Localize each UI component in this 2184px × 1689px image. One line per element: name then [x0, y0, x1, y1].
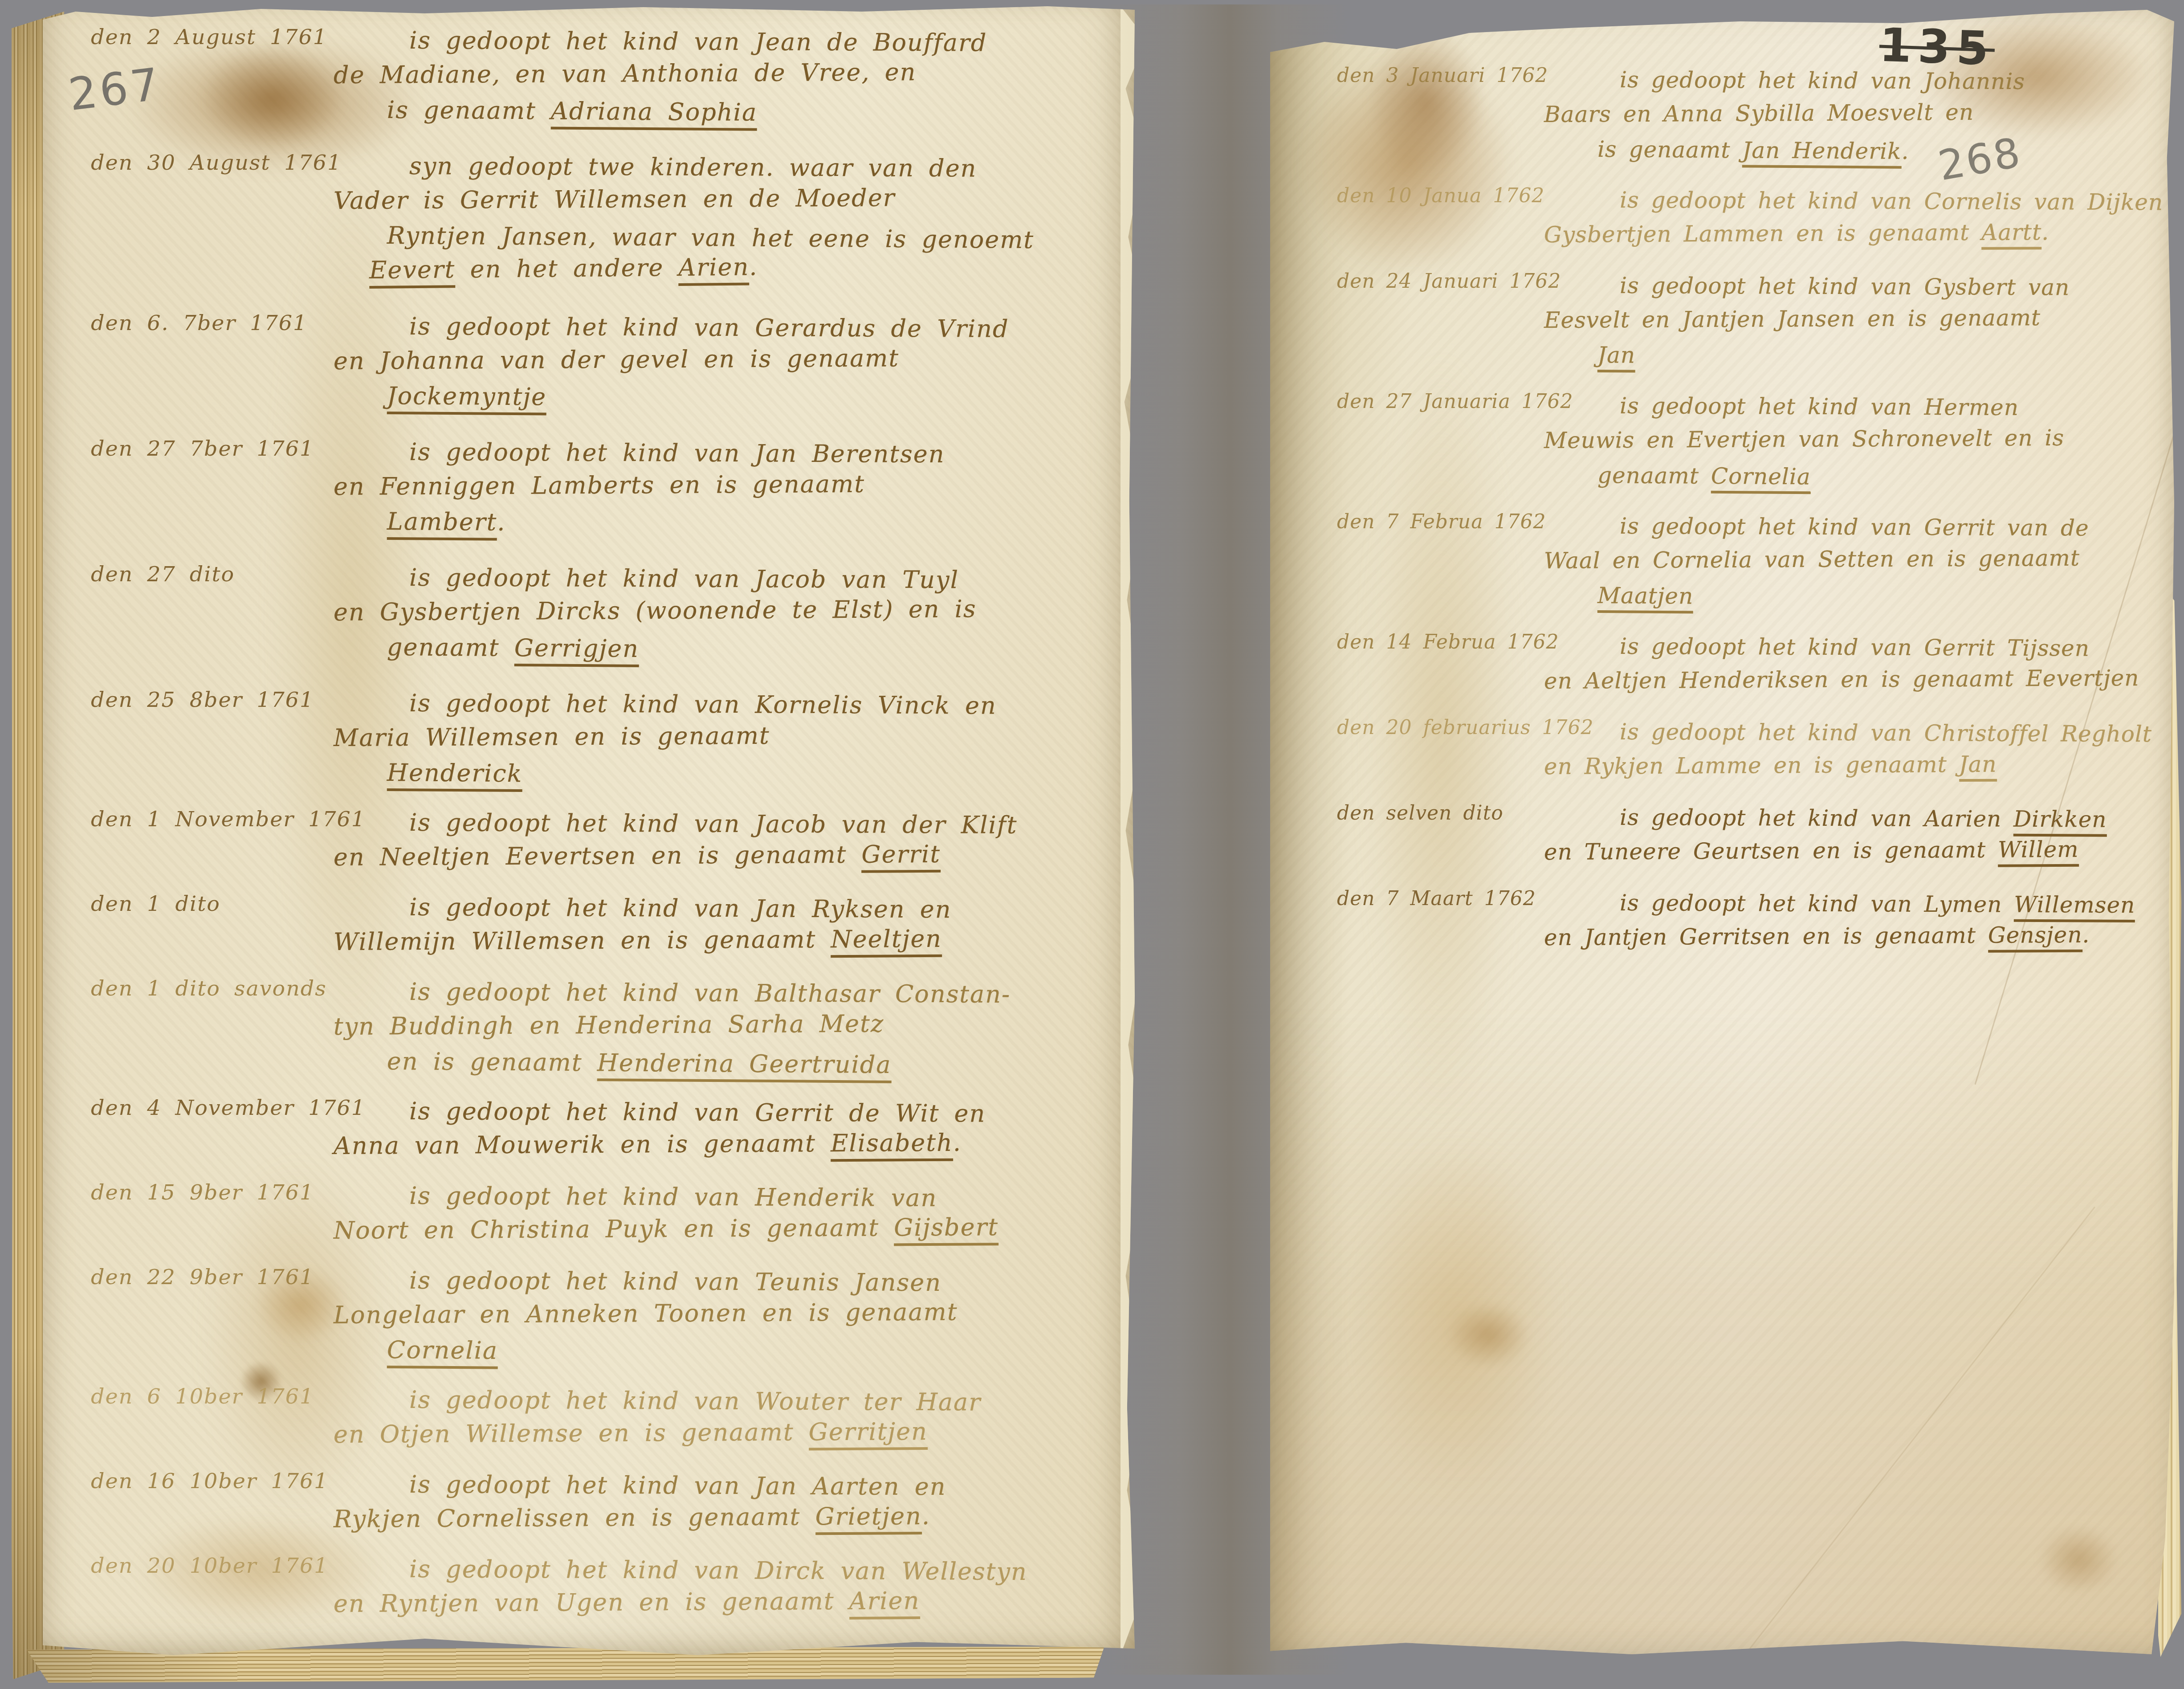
entry-line: Henderick — [387, 755, 1084, 795]
right-page: 135 268 den 3 Januari 1762 is gedoopt he… — [1270, 10, 2174, 1654]
baptism-entry: den 7 Maart 1762 is gedoopt het kind van… — [1337, 885, 2170, 955]
baptism-entry: den 6 10ber 1761 is gedoopt het kind van… — [91, 1383, 1084, 1452]
entry-date: den 27 dito — [91, 562, 367, 587]
entry-line: en Neeltjen Eevertsen en is genaamt Gerr… — [334, 836, 1084, 875]
entry-line: Jockemyntje — [387, 379, 1084, 418]
baptism-entry: den 25 8ber 1761 is gedoopt het kind van… — [91, 686, 1084, 790]
entry-lines: is gedoopt het kind van Gerrit de Wit en… — [369, 1094, 1084, 1163]
baptism-entry: den 22 9ber 1761 is gedoopt het kind van… — [91, 1263, 1084, 1367]
baptism-entry: den selven dito is gedoopt het kind van … — [1337, 800, 2170, 869]
entry-line: de Madiane, en van Anthonia de Vree, en — [334, 54, 1084, 93]
entry-lines: is gedoopt het kind van Jan Ryksen enWil… — [369, 890, 1084, 959]
entry-line: Noort en Christina Puyk en is genaamt Gi… — [334, 1209, 1084, 1248]
entry-date: den 16 10ber 1761 — [91, 1469, 367, 1493]
baptism-entry: den 27 Januaria 1762 is gedoopt het kind… — [1337, 388, 2170, 493]
entry-date: den 4 November 1761 — [91, 1096, 367, 1120]
entry-lines: is gedoopt het kind van Kornelis Vinck e… — [369, 686, 1084, 790]
entry-line: is genaamt Adriana Sophia — [387, 93, 1084, 132]
entry-date: den 1 dito savonds — [91, 976, 367, 1001]
entry-line: Lambert. — [387, 504, 1084, 544]
left-page-entries: den 2 August 1761 is gedoopt het kind va… — [91, 23, 1084, 1636]
entry-line: Maria Willemsen en is genaamt — [334, 717, 1084, 755]
entry-line: en Tuneere Geurtsen en is genaamt Willem — [1544, 832, 2170, 869]
entry-line: genaamt Gerrigjen — [387, 630, 1084, 669]
entry-line: en Johanna van der gevel en is genaamt — [334, 340, 1084, 379]
entry-date: den 10 Janua 1762 — [1337, 184, 1613, 207]
entry-date: den 7 Maart 1762 — [1337, 887, 1613, 910]
entry-date: den 20 10ber 1761 — [91, 1554, 367, 1578]
baptism-entry: den 1 dito is gedoopt het kind van Jan R… — [91, 890, 1084, 959]
entry-line: genaamt Cornelia — [1597, 458, 2170, 497]
baptism-entry: den 7 Februa 1762 is gedoopt het kind va… — [1337, 509, 2170, 613]
torn-gutter-edge — [1121, 6, 1146, 1655]
entry-line: Rykjen Cornelissen en is genaamt Grietje… — [334, 1498, 1084, 1537]
baptism-entry: den 16 10ber 1761 is gedoopt het kind va… — [91, 1467, 1084, 1537]
entry-line: Longelaar en Anneken Toonen en is genaam… — [334, 1294, 1084, 1333]
entry-date: den selven dito — [1337, 802, 1613, 824]
entry-date: den 2 August 1761 — [91, 25, 367, 49]
entry-lines: is gedoopt het kind van Christoffel Regh… — [1580, 714, 2170, 784]
entry-line: Maatjen — [1597, 578, 2170, 617]
entry-lines: is gedoopt het kind van Balthasar Consta… — [369, 975, 1084, 1079]
baptism-entry: den 3 Januari 1762 is gedoopt het kind v… — [1337, 62, 2170, 167]
baptism-entry: den 2 August 1761 is gedoopt het kind va… — [91, 23, 1084, 127]
entry-date: den 6. 7ber 1761 — [91, 311, 367, 335]
entry-lines: is gedoopt het kind van Jan Berentsenen … — [369, 435, 1084, 539]
entry-date: den 15 9ber 1761 — [91, 1180, 367, 1205]
entry-line: tyn Buddingh en Henderina Sarha Metz — [334, 1005, 1084, 1044]
entry-lines: is gedoopt het kind van Cornelis van Dij… — [1580, 183, 2170, 252]
entry-lines: is gedoopt het kind van Jacob van der Kl… — [369, 805, 1084, 875]
entry-date: den 27 7ber 1761 — [91, 437, 367, 461]
scanned-register-spread: 267 den 2 August 1761 is gedoopt het kin… — [0, 0, 2184, 1689]
entry-date: den 14 Februa 1762 — [1337, 631, 1613, 653]
baptism-entry: den 30 August 1761 syn gedoopt twe kinde… — [91, 149, 1084, 288]
entry-line: en Aeltjen Henderiksen en is genaamt Eev… — [1544, 661, 2170, 698]
entry-lines: is gedoopt het kind van Wouter ter Haare… — [369, 1383, 1084, 1452]
entry-line: Eevert en het andere Arien. — [369, 247, 1084, 288]
stain — [1270, 1012, 2174, 1653]
baptism-entry: den 10 Janua 1762 is gedoopt het kind va… — [1337, 183, 2170, 252]
entry-date: den 30 August 1761 — [91, 151, 367, 175]
entry-lines: is gedoopt het kind van Henderik vanNoor… — [369, 1179, 1084, 1248]
baptism-entry: den 4 November 1761 is gedoopt het kind … — [91, 1094, 1084, 1163]
entry-lines: is gedoopt het kind van Lymen Willemsene… — [1580, 885, 2170, 955]
entry-line: en Gysbertjen Dircks (woonende te Elst) … — [334, 591, 1084, 630]
baptism-entry: den 27 dito is gedoopt het kind van Jaco… — [91, 560, 1084, 665]
entry-line: Vader is Gerrit Willemsen en de Moeder — [334, 180, 1084, 218]
entry-date: den 27 Januaria 1762 — [1337, 390, 1613, 413]
entry-line: en Ryntjen van Ugen en is genaamt Arien — [334, 1583, 1084, 1621]
entry-lines: is gedoopt het kind van Aarien Dirkkenen… — [1580, 800, 2170, 869]
entry-lines: is gedoopt het kind van Jan Aarten enRyk… — [369, 1467, 1084, 1537]
entry-date: den 22 9ber 1761 — [91, 1265, 367, 1289]
entry-date: den 7 Februa 1762 — [1337, 510, 1613, 533]
entry-date: den 25 8ber 1761 — [91, 688, 367, 712]
entry-line: en Otjen Willemse en is genaamt Gerritje… — [334, 1413, 1084, 1452]
entry-date: den 3 Januari 1762 — [1337, 64, 1613, 87]
entry-lines: is gedoopt het kind van Dirck van Welles… — [369, 1552, 1084, 1621]
entry-line: is genaamt Jan Henderik. — [1597, 132, 2170, 171]
entry-date: den 1 dito — [91, 892, 367, 916]
baptism-entry: den 6. 7ber 1761 is gedoopt het kind van… — [91, 309, 1084, 413]
entry-line: Eesvelt en Jantjen Jansen en is genaamt — [1544, 300, 2170, 338]
baptism-entry: den 24 Januari 1762 is gedoopt het kind … — [1337, 268, 2170, 372]
entry-line: Cornelia — [387, 1333, 1084, 1372]
entry-line: Waal en Cornelia van Setten en is genaam… — [1544, 540, 2170, 578]
baptism-entry: den 1 November 1761 is gedoopt het kind … — [91, 805, 1084, 875]
baptism-entry: den 15 9ber 1761 is gedoopt het kind van… — [91, 1179, 1084, 1248]
stain — [1435, 1293, 1542, 1377]
entry-line: Meuwis en Evertjen van Schronevelt en is — [1544, 420, 2170, 458]
entry-line: Jan — [1597, 338, 2170, 376]
baptism-entry: den 1 dito savonds is gedoopt het kind v… — [91, 975, 1084, 1079]
baptism-entry: den 27 7ber 1761 is gedoopt het kind van… — [91, 435, 1084, 539]
entry-line: en Jantjen Gerritsen en is genaamt Gensj… — [1544, 917, 2170, 955]
entry-line: en Fenniggen Lamberts en is genaamt — [334, 465, 1084, 504]
entry-date: den 24 Januari 1762 — [1337, 270, 1613, 293]
entry-lines: is gedoopt het kind van Gerrit van deWaa… — [1580, 509, 2170, 613]
entry-line: Baars en Anna Sybilla Moesvelt en — [1544, 94, 2170, 132]
baptism-entry: den 20 10ber 1761 is gedoopt het kind va… — [91, 1552, 1084, 1621]
entry-line: en is genaamt Henderina Geertruida — [387, 1044, 1084, 1084]
entry-lines: is gedoopt het kind van Gysbert vanEesve… — [1580, 268, 2170, 372]
entry-line: Anna van Mouwerik en is genaamt Elisabet… — [334, 1125, 1084, 1163]
entry-lines: is gedoopt het kind van Jean de Bouffard… — [369, 23, 1084, 127]
entry-lines: is gedoopt het kind van JohannisBaars en… — [1580, 62, 2170, 167]
entry-date: den 6 10ber 1761 — [91, 1384, 367, 1409]
entry-date: den 1 November 1761 — [91, 807, 367, 832]
baptism-entry: den 14 Februa 1762 is gedoopt het kind v… — [1337, 629, 2170, 698]
left-page: 267 den 2 August 1761 is gedoopt het kin… — [43, 6, 1135, 1655]
entry-lines: is gedoopt het kind van Teunis JansenLon… — [369, 1263, 1084, 1367]
stain — [2027, 1515, 2130, 1604]
entry-lines: is gedoopt het kind van HermenMeuwis en … — [1580, 388, 2170, 493]
baptism-entry: den 20 februarius 1762 is gedoopt het ki… — [1337, 714, 2170, 784]
page-crease — [1738, 1207, 2095, 1664]
entry-line: Willemijn Willemsen en is genaamt Neeltj… — [334, 921, 1084, 959]
entry-lines: is gedoopt het kind van Gerrit Tijssenen… — [1580, 629, 2170, 698]
right-page-entries: den 3 Januari 1762 is gedoopt het kind v… — [1337, 62, 2170, 971]
entry-lines: is gedoopt het kind van Jacob van Tuylen… — [369, 560, 1084, 665]
stain — [1328, 1088, 1586, 1551]
entry-line: en Rykjen Lamme en is genaamt Jan — [1544, 746, 2170, 784]
entry-line: Gysbertjen Lammen en is genaamt Aartt. — [1544, 214, 2170, 252]
entry-lines: is gedoopt het kind van Gerardus de Vrin… — [369, 309, 1084, 413]
entry-lines: syn gedoopt twe kinderen. waar van denVa… — [369, 149, 1084, 288]
entry-date: den 20 februarius 1762 — [1337, 716, 1613, 739]
